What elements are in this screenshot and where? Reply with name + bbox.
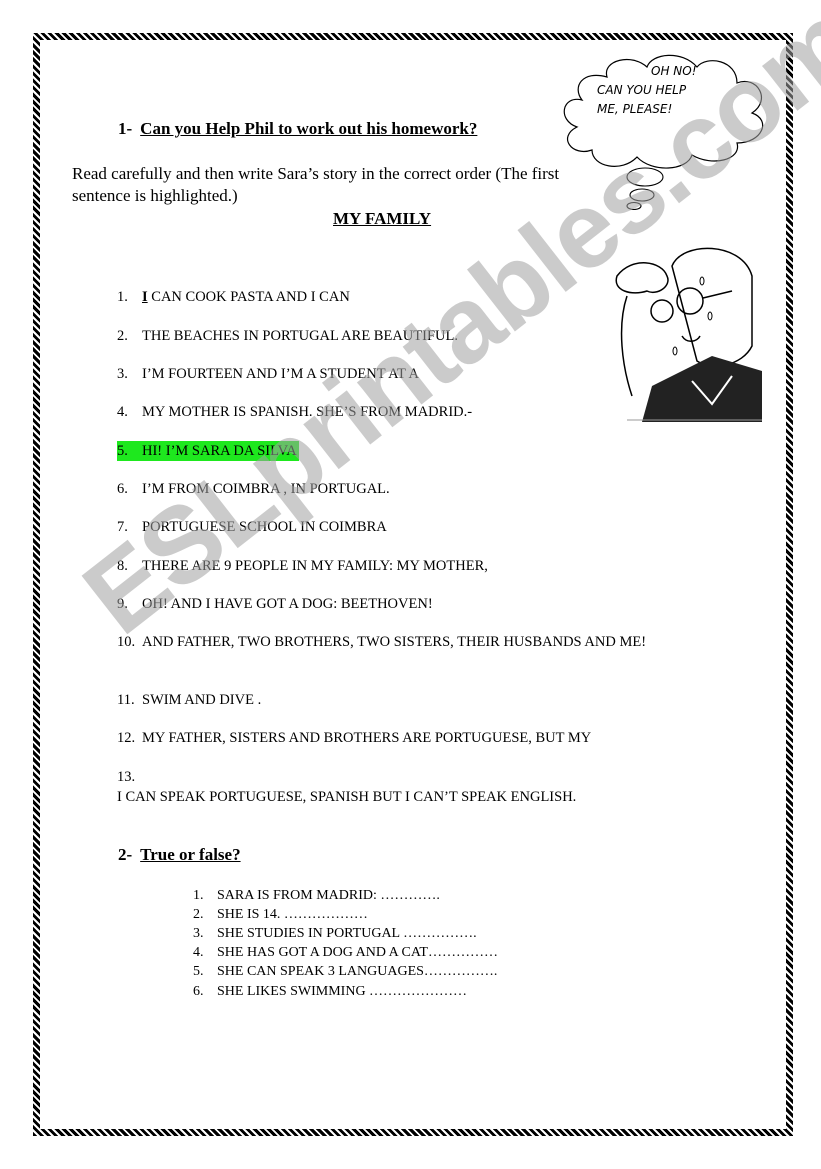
item-text: THERE ARE 9 PEOPLE IN MY FAMILY: MY MOTH… — [142, 556, 672, 576]
item-number: 11. — [117, 690, 142, 710]
section-number: 1- — [118, 119, 132, 138]
list-item: 8.THERE ARE 9 PEOPLE IN MY FAMILY: MY MO… — [117, 556, 677, 576]
list-item: 2.SHE IS 14. ……………… — [193, 905, 368, 924]
item-number: 7. — [117, 517, 142, 537]
section2-heading: 2-True or false? — [118, 845, 241, 865]
item-text: THE BEACHES IN PORTUGAL ARE BEAUTIFUL. — [142, 326, 672, 346]
list-item: 2.THE BEACHES IN PORTUGAL ARE BEAUTIFUL. — [117, 326, 677, 346]
list-item: 10.AND FATHER, TWO BROTHERS, TWO SISTERS… — [117, 632, 677, 652]
list-item: 6.I’M FROM COIMBRA , IN PORTUGAL. — [117, 479, 677, 499]
speech-bubble-text: OH NO! CAN YOU HELP ME, PLEASE! — [597, 62, 737, 119]
list-item: 1.I CAN COOK PASTA AND I CAN — [117, 287, 677, 307]
item-text: MY MOTHER IS SPANISH. SHE’S FROM MADRID.… — [142, 402, 672, 422]
section-number: 2- — [118, 845, 132, 864]
list-item: 12.MY FATHER, SISTERS AND BROTHERS ARE P… — [117, 728, 677, 748]
item-number: 1. — [193, 886, 217, 905]
list-item: 11.SWIM AND DIVE . — [117, 690, 677, 710]
item-number: 3. — [117, 364, 142, 384]
item-text: SHE HAS GOT A DOG AND A CAT…………… — [217, 945, 498, 960]
item-text: SHE IS 14. ……………… — [217, 907, 368, 922]
item-text: AND FATHER, TWO BROTHERS, TWO SISTERS, T… — [142, 632, 662, 652]
list-item: 1.SARA IS FROM MADRID: …………. — [193, 886, 440, 905]
item-number: 4. — [117, 402, 142, 422]
item-number: 13. — [117, 767, 142, 787]
list-item-highlighted: 5.HI! I’M SARA DA SILVA — [117, 441, 677, 461]
item-number: 10. — [117, 632, 142, 652]
item-text: I CAN SPEAK PORTUGUESE, SPANISH BUT I CA… — [117, 787, 677, 807]
story-title: MY FAMILY — [333, 209, 431, 229]
item-number: 5. — [117, 441, 142, 461]
item-number: 9. — [117, 594, 142, 614]
item-number: 6. — [193, 982, 217, 1001]
list-item: 4.SHE HAS GOT A DOG AND A CAT…………… — [193, 943, 498, 962]
item-text: SARA IS FROM MADRID: …………. — [217, 888, 440, 903]
item-text: MY FATHER, SISTERS AND BROTHERS ARE PORT… — [142, 728, 672, 748]
section-title: Can you Help Phil to work out his homewo… — [140, 119, 477, 138]
item-text: SHE STUDIES IN PORTUGAL ……………. — [217, 926, 477, 941]
bubble-line: ME, PLEASE! — [597, 100, 737, 119]
item-number: 12. — [117, 728, 142, 748]
item-text: SHE CAN SPEAK 3 LANGUAGES……………. — [217, 964, 497, 979]
list-item: 3.SHE STUDIES IN PORTUGAL ……………. — [193, 924, 477, 943]
item-number: 5. — [193, 962, 217, 981]
item-number: 3. — [193, 924, 217, 943]
list-item: 9.OH! AND I HAVE GOT A DOG: BEETHOVEN! — [117, 594, 677, 614]
item-number: 2. — [193, 905, 217, 924]
item-text: I’M FOURTEEN AND I’M A STUDENT AT A — [142, 364, 672, 384]
item-text: HI! I’M SARA DA SILVA — [142, 441, 299, 461]
bubble-line: OH NO! — [597, 62, 737, 81]
list-item: 3.I’M FOURTEEN AND I’M A STUDENT AT A — [117, 364, 677, 384]
item-text: SWIM AND DIVE . — [142, 690, 672, 710]
section1-heading: 1-Can you Help Phil to work out his home… — [118, 119, 477, 139]
item-text: I CAN COOK PASTA AND I CAN — [142, 287, 672, 307]
item-text: OH! AND I HAVE GOT A DOG: BEETHOVEN! — [142, 594, 672, 614]
item-text-rest: CAN COOK PASTA AND I CAN — [148, 289, 350, 305]
instructions: Read carefully and then write Sara’s sto… — [72, 163, 602, 207]
item-number: 8. — [117, 556, 142, 576]
item-number: 6. — [117, 479, 142, 499]
bubble-line: CAN YOU HELP — [597, 81, 737, 100]
item-number: 1. — [117, 287, 142, 307]
list-item: 7.PORTUGUESE SCHOOL IN COIMBRA — [117, 517, 677, 537]
item-number: 4. — [193, 943, 217, 962]
list-item: 5.SHE CAN SPEAK 3 LANGUAGES……………. — [193, 962, 497, 981]
list-item: 6.SHE LIKES SWIMMING ………………… — [193, 982, 467, 1001]
item-number: 2. — [117, 326, 142, 346]
item-text: PORTUGUESE SCHOOL IN COIMBRA — [142, 517, 672, 537]
item-text: I’M FROM COIMBRA , IN PORTUGAL. — [142, 479, 672, 499]
section-title: True or false? — [140, 845, 240, 864]
item-text: SHE LIKES SWIMMING ………………… — [217, 984, 467, 999]
list-item: 4.MY MOTHER IS SPANISH. SHE’S FROM MADRI… — [117, 402, 677, 422]
list-item: 13.I CAN SPEAK PORTUGUESE, SPANISH BUT I… — [117, 767, 677, 807]
